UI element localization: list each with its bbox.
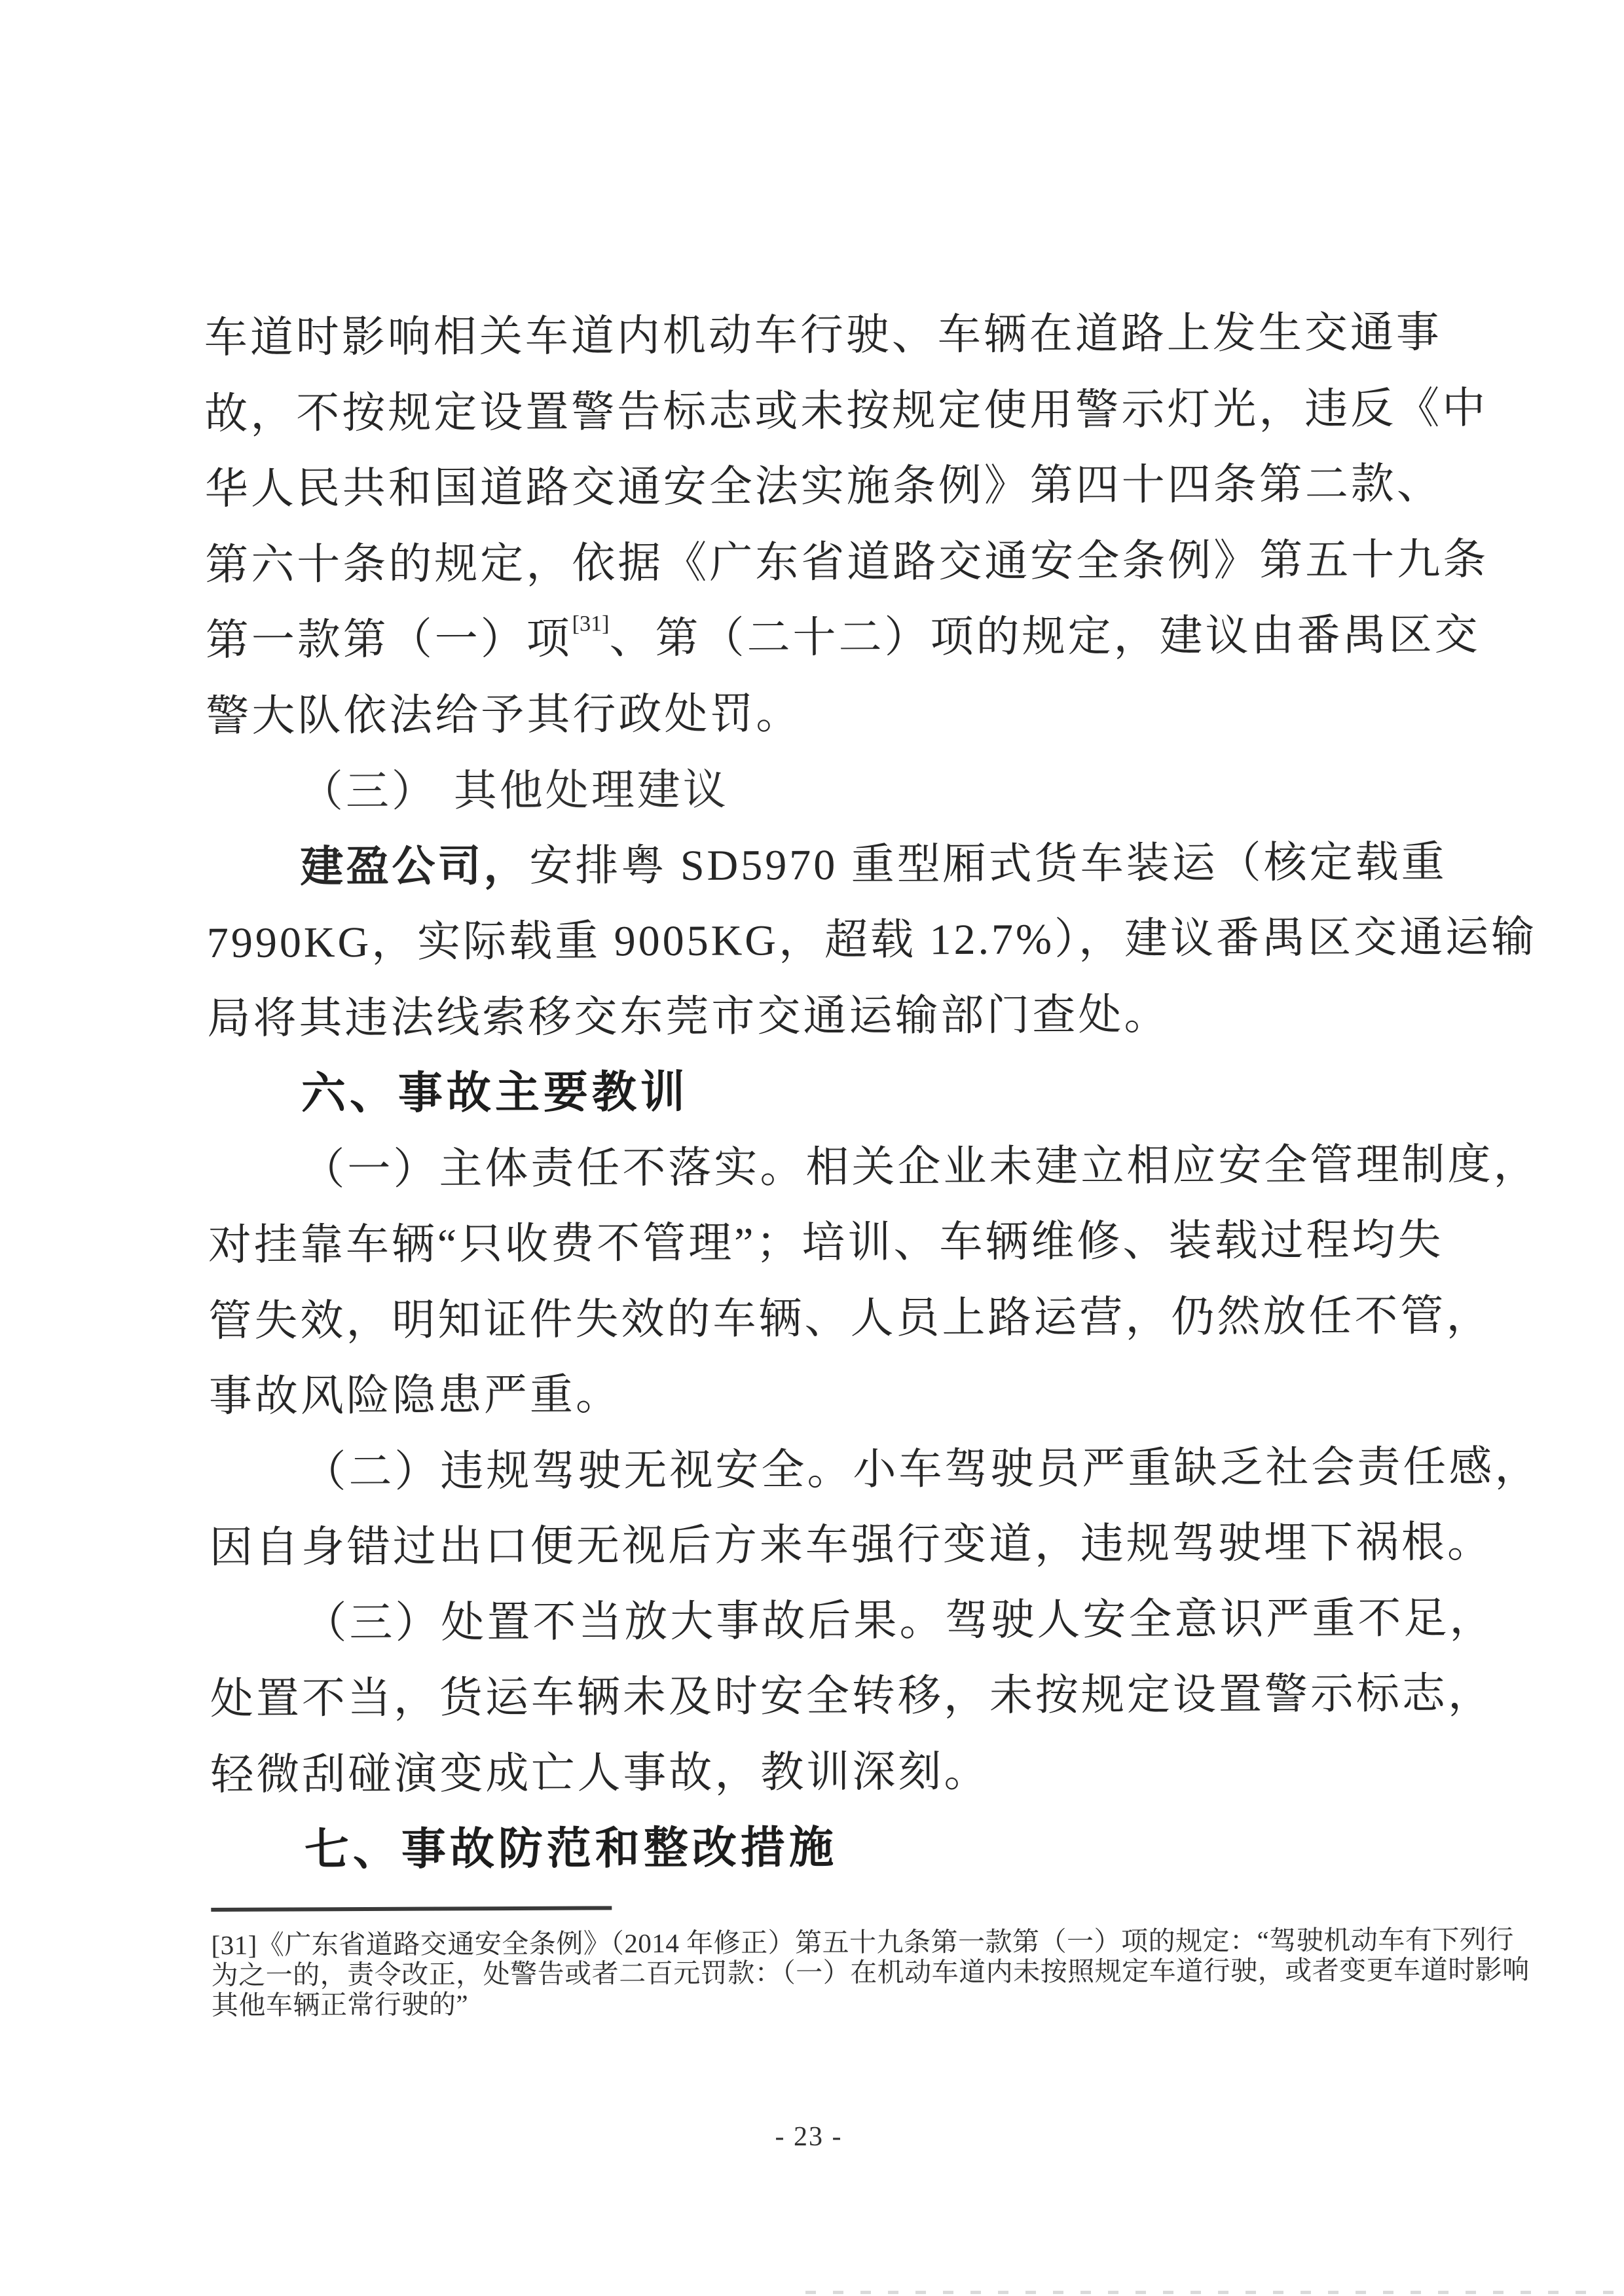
- text-line: 第六十条的规定，依据《广东省道路交通安全条例》第五十九条: [205, 522, 1430, 603]
- text-line: 管失效，明知证件失效的车辆、人员上路运营，仍然放任不管，: [208, 1278, 1433, 1359]
- footnote-block: [31]《广东省道路交通安全条例》（2014 年修正）第五十九条第一款第（一）项…: [211, 1903, 1443, 2020]
- section-heading: 七、事故防范和整改措施: [211, 1808, 1435, 1889]
- text-line: 故，不按规定设置警告标志或未按规定使用警示灯光，违反《中: [204, 371, 1429, 452]
- text-run: 事故风险隐患严重。: [209, 1371, 621, 1421]
- text-run: 、第（二十二）项的规定，建议由番禺区交: [609, 611, 1480, 663]
- text-run: 对挂靠车辆“只收费不管理”；培训、车辆维修、装载过程均失: [208, 1216, 1444, 1269]
- text-line: （三）处置不当放大事故后果。驾驶人安全意识严重不足，: [210, 1580, 1434, 1662]
- footnote-lines: [31]《广东省道路交通安全条例》（2014 年修正）第五十九条第一款第（一）项…: [211, 1925, 1443, 2020]
- text-run: 华人民共和国道路交通安全法实施条例》第四十四条第二款、: [205, 460, 1443, 513]
- section-heading: 六、事故主要教训: [208, 1051, 1432, 1133]
- text-run: 轻微刮碰演变成亡人事故，教训深刻。: [210, 1747, 989, 1798]
- text-run: 管失效，明知证件失效的车辆、人员上路运营，仍然放任不管，: [208, 1292, 1492, 1345]
- text-run: 处置不当，货运车辆未及时安全转移，未按规定设置警示标志，: [210, 1669, 1494, 1723]
- text-line: 处置不当，货运车辆未及时安全转移，未按规定设置警示标志，: [210, 1656, 1435, 1738]
- text-run: （三）处置不当放大事故后果。驾驶人安全意识严重不足，: [303, 1594, 1495, 1647]
- text-run: 车道时影响相关车道内机动车行驶、车辆在道路上发生交通事: [204, 309, 1442, 362]
- text-line: （一）主体责任不落实。相关企业未建立相应安全管理制度，: [208, 1127, 1432, 1208]
- text-run: 六、事故主要教训: [301, 1067, 689, 1119]
- text-run: 安排粤 SD5970 重型厢式货车装运（核定载重: [529, 838, 1447, 890]
- text-run: 7990KG，实际载重 9005KG，超载 12.7%），建议番禺区交通运输: [207, 913, 1537, 967]
- footnote-line: 其他车辆正常行驶的”: [212, 1985, 1443, 2020]
- text-run: 第一款第（一）项: [206, 615, 572, 665]
- page-number: - 23 -: [0, 2121, 1617, 2153]
- text-line: 7990KG，实际载重 9005KG，超载 12.7%），建议番禺区交通运输: [207, 900, 1431, 981]
- text-line: 对挂靠车辆“只收费不管理”；培训、车辆维修、装载过程均失: [208, 1203, 1433, 1284]
- text-run: 建盈公司，: [300, 842, 529, 891]
- text-run: 七、事故防范和整改措施: [304, 1823, 838, 1875]
- text-line: （三） 其他处理建议: [206, 749, 1431, 830]
- text-line: 轻微刮碰演变成亡人事故，教训深刻。: [210, 1732, 1435, 1813]
- text-run: （一）主体责任不落实。相关企业未建立相应安全管理制度，: [301, 1140, 1539, 1194]
- text-line: 第一款第（一）项[31]、第（二十二）项的规定，建议由番禺区交: [206, 598, 1430, 679]
- footnote-line: 为之一的，责令改正，处警告或者二百元罚款：（一）在机动车道内未按照规定车道行驶，…: [212, 1955, 1443, 1990]
- text-line: （二）违规驾驶无视安全。小车驾驶员严重缺乏社会责任感，: [209, 1429, 1433, 1510]
- text-run: 第六十条的规定，依据《广东省道路交通安全条例》第五十九条: [205, 536, 1488, 589]
- footnote-line: [31]《广东省道路交通安全条例》（2014 年修正）第五十九条第一款第（一）项…: [211, 1925, 1442, 1960]
- footnote-separator: [211, 1906, 612, 1912]
- text-line: 局将其违法线索移交东莞市交通运输部门查处。: [207, 975, 1431, 1057]
- text-run: 警大队依法给予其行政处罚。: [206, 690, 802, 740]
- text-line: 华人民共和国道路交通安全法实施条例》第四十四条第二款、: [205, 446, 1430, 528]
- text-run: （三） 其他处理建议: [300, 765, 729, 817]
- scan-skew-wrapper: 车道时影响相关车道内机动车行驶、车辆在道路上发生交通事故，不按规定设置警告标志或…: [0, 0, 1624, 2296]
- main-text-block: 车道时影响相关车道内机动车行驶、车辆在道路上发生交通事故，不按规定设置警告标志或…: [204, 295, 1436, 1889]
- text-line: 警大队依法给予其行政处罚。: [206, 673, 1430, 754]
- footnote-ref: [31]: [572, 611, 610, 636]
- text-run: （二）违规驾驶无视安全。小车驾驶员严重缺乏社会责任感，: [303, 1443, 1540, 1496]
- text-run: 局将其违法线索移交东莞市交通运输部门查处。: [207, 991, 1170, 1042]
- document-page: 车道时影响相关车道内机动车行驶、车辆在道路上发生交通事故，不按规定设置警告标志或…: [0, 0, 1624, 2296]
- scan-artifact: [805, 2291, 1621, 2294]
- text-line: 因自身错过出口便无视后方来车强行变道，违规驾驶埋下祸根。: [210, 1505, 1434, 1586]
- text-line: 建盈公司，安排粤 SD5970 重型厢式货车装运（核定载重: [206, 824, 1431, 905]
- text-run: 因自身错过出口便无视后方来车强行变道，违规驾驶埋下祸根。: [210, 1518, 1493, 1572]
- text-line: 事故风险隐患严重。: [209, 1354, 1433, 1435]
- text-line: 车道时影响相关车道内机动车行驶、车辆在道路上发生交通事: [204, 295, 1429, 376]
- text-run: 故，不按规定设置警告标志或未按规定使用警示灯光，违反《中: [204, 384, 1488, 438]
